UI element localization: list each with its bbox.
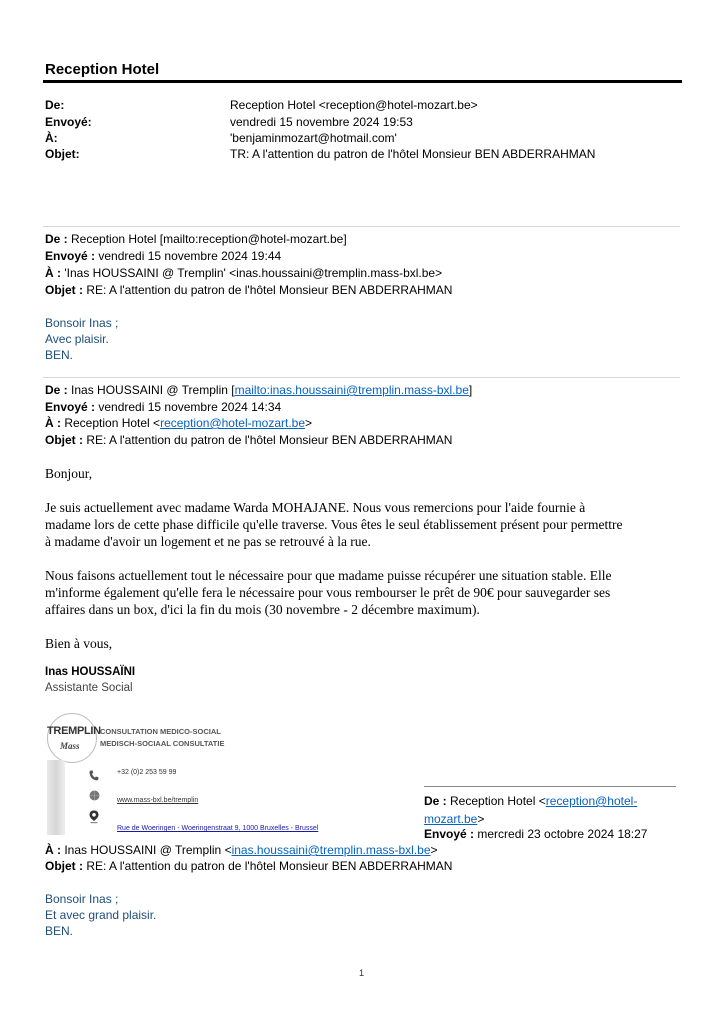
header-value: 'benjaminmozart@hotmail.com' [230,131,397,146]
subject-value: RE: A l'attention du patron de l'hôtel M… [86,859,452,873]
phone-icon [88,770,100,782]
reply-line: Avec plaisir. [45,331,109,347]
message-3-from: De : Reception Hotel <reception@hotel-mo… [424,792,684,828]
to-label: À : [45,266,61,280]
sent-value: vendredi 15 novembre 2024 14:34 [98,400,281,414]
body-line: Je suis actuellement avec madame Warda M… [45,499,685,516]
reply-line: BEN. [45,923,73,939]
sent-value: vendredi 15 novembre 2024 19:44 [98,249,281,263]
message-separator [424,786,676,787]
to-name: Inas HOUSSAINI @ Tremplin < [64,843,231,857]
message-2-subject: Objet : RE: A l'attention du patron de l… [45,431,452,449]
page-number: 1 [359,968,364,978]
message-1-from: De : Reception Hotel [mailto:reception@h… [45,230,347,248]
sent-label: Envoyé : [424,827,474,841]
reply-line: Bonsoir Inas ; [45,891,118,907]
message-1-sent: Envoyé : vendredi 15 novembre 2024 19:44 [45,247,281,265]
header-label: Objet: [45,147,80,162]
reply-line: Bonsoir Inas ; [45,315,118,331]
subject-label: Objet : [45,433,83,447]
message-1-to: À : 'Inas HOUSSAINI @ Tremplin' <inas.ho… [45,264,442,282]
location-pin-icon [88,810,100,822]
from-label: De : [45,232,68,246]
header-value: Reception Hotel <reception@hotel-mozart.… [230,98,478,113]
header-value: vendredi 15 novembre 2024 19:53 [230,115,413,130]
body-line: à madame d'avoir un logement et ne pas s… [45,533,685,550]
message-1-subject: Objet : RE: A l'attention du patron de l… [45,281,452,299]
body-line: m'informe également qu'elle fera le néce… [45,584,685,601]
to-name: Reception Hotel < [64,416,160,430]
to-email-link[interactable]: reception@hotel-mozart.be [160,416,305,430]
subject-label: Objet : [45,283,83,297]
from-email-link-continued[interactable]: mozart.be [424,812,477,826]
header-value: TR: A l'attention du patron de l'hôtel M… [230,147,595,162]
from-label: De : [45,383,68,397]
phone-number: +32 (0)2 253 59 99 [117,769,176,776]
message-3-sent: Envoyé : mercredi 23 octobre 2024 18:27 [424,825,684,843]
to-value: 'Inas HOUSSAINI @ Tremplin' <inas.houssa… [64,266,442,280]
logo-circle [47,713,97,763]
body-line: Nous faisons actuellement tout le nécess… [45,567,685,584]
logo-line-2: MEDISCH-SOCIAAL CONSULTATIE [100,739,224,748]
logo-sub-text: Mass [60,741,80,751]
globe-icon [88,790,100,802]
header-label: De: [45,98,64,113]
website-link[interactable]: www.mass-bxl.be/tremplin [117,797,198,804]
message-2-from: De : Inas HOUSSAINI @ Tremplin [mailto:i… [45,381,472,399]
from-email-link[interactable]: reception@hotel- [546,794,638,808]
from-email-link[interactable]: mailto:inas.houssaini@tremplin.mass-bxl.… [235,383,469,397]
signature-side-bar [47,760,65,835]
body-line: affaires dans un box, d'ici la fin du mo… [45,601,685,618]
sent-label: Envoyé : [45,400,95,414]
to-email-link[interactable]: inas.houssaini@tremplin.mass-bxl.be [232,843,431,857]
address-link[interactable]: Rue de Woeringen - Woeringenstraat 9, 10… [117,825,318,832]
sent-value: mercredi 23 octobre 2024 18:27 [477,827,647,841]
greeting: Bonjour, [45,465,685,482]
message-2-to: À : Reception Hotel <reception@hotel-moz… [45,414,312,432]
title-rule [43,80,682,83]
from-label: De : [424,794,447,808]
sent-label: Envoyé : [45,249,95,263]
to-label: À : [45,843,61,857]
header-label: Envoyé: [45,115,92,130]
reply-line: Et avec grand plaisir. [45,907,156,923]
signature-role: Assistante Social [45,682,133,694]
website-link-wrapper: www.mass-bxl.be/tremplin [117,797,198,804]
to-label: À : [45,416,61,430]
document-title: Reception Hotel [45,61,159,78]
logo-line-1: CONSULTATION MEDICO-SOCIAL [100,727,221,736]
signature-name: Inas HOUSSAÏNI [45,666,135,678]
closing: Bien à vous, [45,635,685,652]
header-label: À: [45,131,58,146]
subject-value: RE: A l'attention du patron de l'hôtel M… [86,283,452,297]
from-name: Inas HOUSSAINI @ Tremplin [71,383,231,397]
message-separator [43,377,680,378]
logo-main-text: TREMPLIN [47,725,101,737]
from-value: Reception Hotel [mailto:reception@hotel-… [71,232,347,246]
subject-label: Objet : [45,859,83,873]
reply-line: BEN. [45,347,73,363]
message-3-subject: Objet : RE: A l'attention du patron de l… [45,857,452,875]
message-separator [43,226,680,227]
subject-value: RE: A l'attention du patron de l'hôtel M… [86,433,452,447]
body-line: madame lors de cette phase difficile qu'… [45,516,685,533]
from-name: Reception Hotel < [450,794,546,808]
address-link-wrapper: Rue de Woeringen - Woeringenstraat 9, 10… [117,825,318,832]
